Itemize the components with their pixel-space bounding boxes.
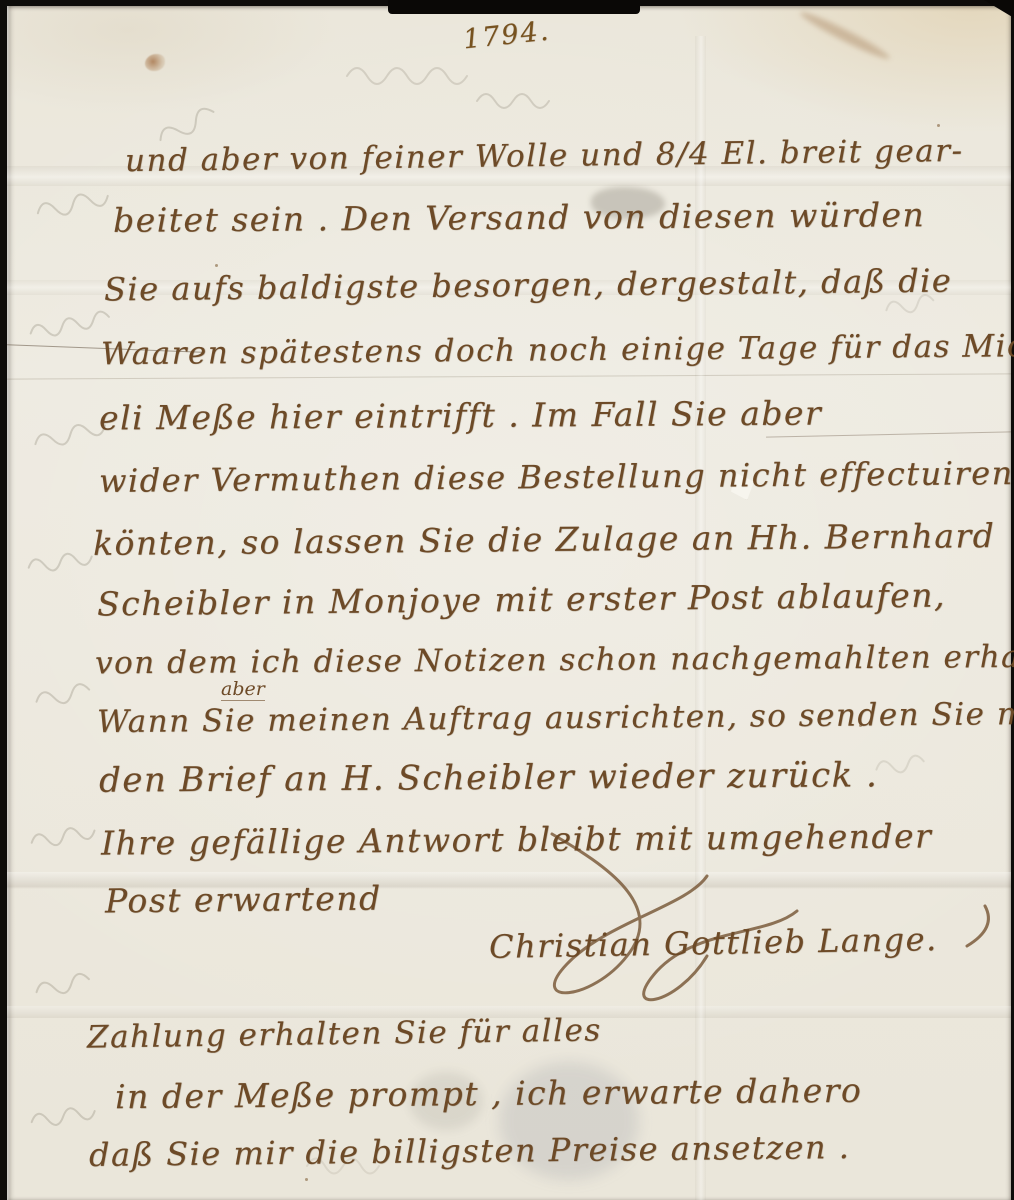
foxing-speck [937,124,940,127]
signature: Christian Gottlieb Lange. [489,920,938,966]
manuscript-line: Wann Sie meinen Auftrag ausrichten, so s… [97,696,1014,740]
postscript-line: daß Sie mir die billigsten Preise ansetz… [89,1128,851,1174]
postscript-line: Zahlung erhalten Sie für alles [87,1012,602,1055]
scanner-clip-tab [388,0,640,14]
manuscript-line: den Brief an H. Scheibler wieder zurück … [99,755,879,800]
manuscript-line: wider Vermuthen diese Bestellung nicht e… [99,454,1014,500]
foxing-speck [215,264,218,267]
rust-stain [145,54,165,71]
brown-streak-stain [798,8,892,63]
manuscript-line: Waaren spätestens doch noch einige Tage … [101,328,1014,373]
manuscript-line: eli Meße hier eintrifft . Im Fall Sie ab… [99,393,822,437]
manuscript-line: Sie aufs baldigste besorgen, dergestalt,… [104,262,953,309]
foxing-speck [305,1178,308,1181]
manuscript-line: könten, so lassen Sie die Zulage an Hh. … [93,516,996,563]
letter-page: 1794. und aber von feiner Wolle und 8/4 … [7,6,1011,1200]
scanned-letter-1794: 1794. und aber von feiner Wolle und 8/4 … [0,0,1014,1200]
manuscript-line: Scheibler in Monjoye mit erster Post abl… [97,576,946,624]
year-heading: 1794. [462,16,552,56]
manuscript-line: von dem ich diese Notizen schon nachgema… [95,639,1014,682]
postscript-line: in der Meße prompt , ich erwarte dahero [115,1071,863,1117]
manuscript-line: Post erwartend [105,879,382,921]
inserted-word: aber [221,678,265,701]
crease-line [7,373,1011,379]
manuscript-line: Ihre gefällige Antwort bleibt mit umgehe… [101,816,933,862]
manuscript-line: beitet sein . Den Versand von diesen wür… [113,195,925,240]
